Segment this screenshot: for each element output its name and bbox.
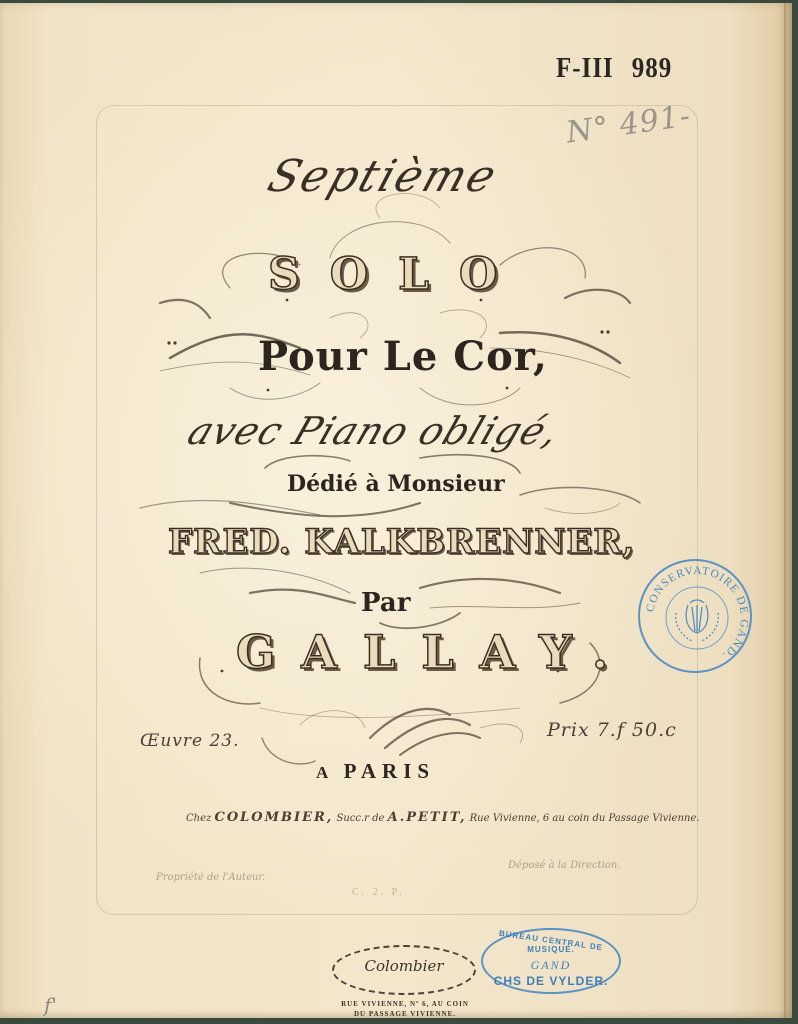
lyre-wreath-icon: CONSERVATOIRE DE GAND. bbox=[640, 561, 754, 675]
footer-property-notice: Propriété de l'Auteur. bbox=[156, 872, 265, 883]
plate-number: C. 2. P. bbox=[352, 887, 405, 898]
accompaniment-line: avec Piano obligé, bbox=[182, 409, 566, 453]
dedicatee-name: FRED. KALKBRENNER, bbox=[168, 522, 635, 562]
instrument-line: Pour Le Cor, bbox=[258, 333, 548, 380]
stamp-address-line-1: RUE VIVIENNE, Nº 6, AU COIN bbox=[330, 999, 480, 1009]
colombier-stamp: Colombier bbox=[332, 945, 476, 995]
shelfmark: F-III989 bbox=[556, 53, 672, 85]
shelfmark-prefix: F-III bbox=[556, 53, 614, 84]
main-title: SOLO bbox=[268, 249, 527, 300]
publisher-address: Rue Vivienne, 6 au coin du Passage Vivie… bbox=[470, 813, 700, 824]
stamp-line-4: CHS DE VYLDER. bbox=[483, 974, 619, 988]
shelfmark-number: 989 bbox=[632, 53, 673, 84]
sheet-music-page: F-III989 N° 491- Septième SOLO Pour Le C… bbox=[0, 3, 792, 1018]
colombier-signature: Colombier bbox=[334, 957, 474, 975]
bureau-central-stamp: BUREAU CENTRAL DE MUSIQUE. GAND CHS DE V… bbox=[481, 928, 621, 994]
conservatoire-stamp: CONSERVATOIRE DE GAND. bbox=[638, 559, 752, 673]
pencil-mark: f' bbox=[44, 993, 57, 1017]
city-name: PARIS bbox=[344, 759, 435, 783]
stamp-address-line-2: DU PASSAGE VIVIENNE. bbox=[330, 1009, 480, 1019]
by-line: Par bbox=[361, 588, 410, 618]
stamp-line-3: GAND bbox=[483, 958, 619, 973]
composer-name: GALLAY. bbox=[236, 625, 634, 679]
colombier-stamp-address: RUE VIVIENNE, Nº 6, AU COIN DU PASSAGE V… bbox=[330, 999, 480, 1019]
dedication-line: Dédié à Monsieur bbox=[287, 471, 505, 497]
publisher-name: COLOMBIER, bbox=[214, 810, 333, 825]
plate-mark-border bbox=[96, 105, 698, 915]
title-prefix: Septième bbox=[262, 151, 504, 202]
publisher-prefix: Chez bbox=[186, 813, 211, 824]
page-edge bbox=[784, 3, 786, 1018]
opus-number: Œuvre 23. bbox=[140, 731, 240, 751]
city-prefix: A bbox=[316, 763, 333, 782]
stamp-line-2: MUSIQUE. bbox=[483, 945, 619, 954]
publication-city: A PARIS bbox=[316, 759, 435, 784]
price: Prix 7.f 50.c bbox=[547, 719, 677, 741]
successor-name: A.PETIT, bbox=[388, 810, 467, 825]
successor-label: Succ.r de bbox=[337, 813, 385, 824]
footer-deposit-notice: Déposé à la Direction. bbox=[508, 860, 620, 871]
publisher-line: Chez COLOMBIER, Succ.r de A.PETIT, Rue V… bbox=[186, 810, 699, 825]
